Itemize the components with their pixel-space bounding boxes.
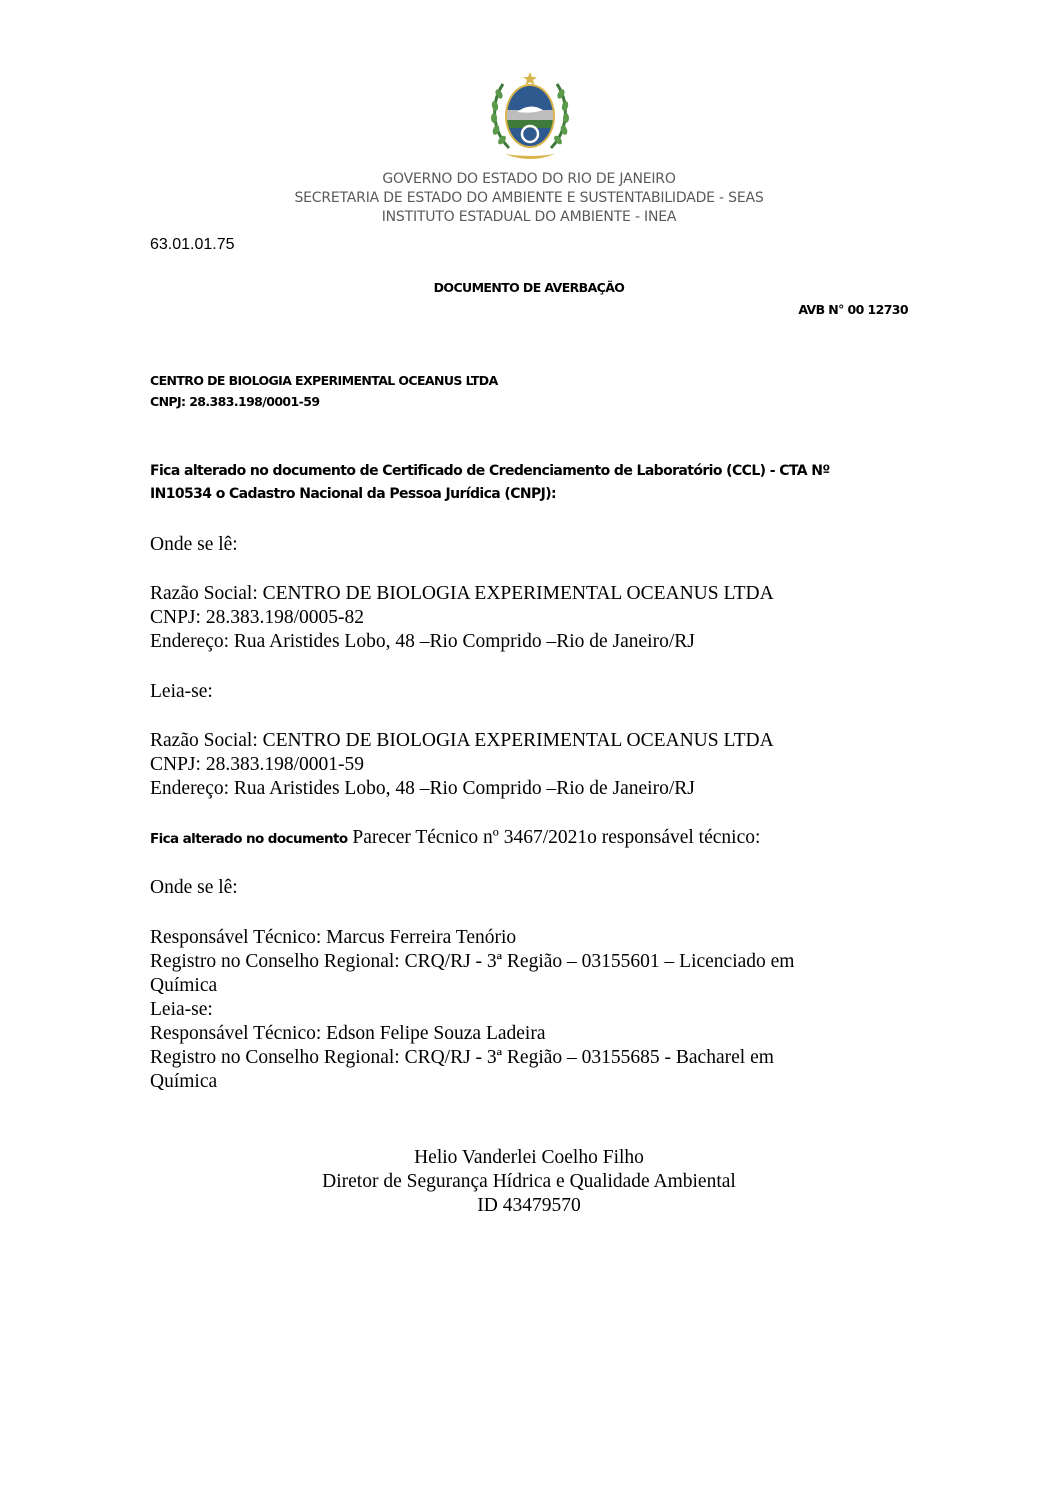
notice-technical-text: Parecer Técnico nº 3467/2021o responsáve… bbox=[348, 827, 761, 848]
new-registration-cont: Química bbox=[150, 1070, 794, 1094]
read-as-label-1: Leia-se: bbox=[150, 680, 213, 704]
new-cnpj: CNPJ: 28.383.198/0001-59 bbox=[150, 753, 774, 777]
document-title: DOCUMENTO DE AVERBAÇÃO bbox=[0, 280, 1058, 295]
old-cnpj: CNPJ: 28.383.198/0005-82 bbox=[150, 606, 774, 630]
old-company-data: Razão Social: CENTRO DE BIOLOGIA EXPERIM… bbox=[150, 582, 774, 654]
new-responsible: Responsável Técnico: Edson Felipe Souza … bbox=[150, 1022, 794, 1046]
signatory-id: ID 43479570 bbox=[0, 1194, 1058, 1218]
notice-ccl-line-1: Fica alterado no documento de Certificad… bbox=[150, 460, 830, 483]
coat-of-arms-icon bbox=[487, 72, 573, 164]
signature-block: Helio Vanderlei Coelho Filho Diretor de … bbox=[0, 1146, 1058, 1218]
notice-ccl-line-2: IN10534 o Cadastro Nacional da Pessoa Ju… bbox=[150, 483, 830, 506]
document-code: 63.01.01.75 bbox=[150, 236, 235, 254]
new-razao-social: Razão Social: CENTRO DE BIOLOGIA EXPERIM… bbox=[150, 729, 774, 753]
new-company-data: Razão Social: CENTRO DE BIOLOGIA EXPERIM… bbox=[150, 729, 774, 801]
company-block: CENTRO DE BIOLOGIA EXPERIMENTAL OCEANUS … bbox=[150, 370, 498, 412]
header-line-government: GOVERNO DO ESTADO DO RIO DE JANEIRO bbox=[0, 170, 1058, 189]
notice-ccl-change: Fica alterado no documento de Certificad… bbox=[150, 460, 830, 506]
old-registration-cont: Química bbox=[150, 974, 794, 998]
signatory-role: Diretor de Segurança Hídrica e Qualidade… bbox=[0, 1170, 1058, 1194]
read-as-label-2: Leia-se: bbox=[150, 998, 794, 1022]
signatory-name: Helio Vanderlei Coelho Filho bbox=[0, 1146, 1058, 1170]
header-line-secretariat: SECRETARIA DE ESTADO DO AMBIENTE E SUSTE… bbox=[0, 189, 1058, 208]
old-razao-social: Razão Social: CENTRO DE BIOLOGIA EXPERIM… bbox=[150, 582, 774, 606]
old-registration: Registro no Conselho Regional: CRQ/RJ - … bbox=[150, 950, 794, 974]
new-registration: Registro no Conselho Regional: CRQ/RJ - … bbox=[150, 1046, 794, 1070]
document-page: GOVERNO DO ESTADO DO RIO DE JANEIRO SECR… bbox=[0, 0, 1058, 1497]
company-name: CENTRO DE BIOLOGIA EXPERIMENTAL OCEANUS … bbox=[150, 370, 498, 391]
government-header: GOVERNO DO ESTADO DO RIO DE JANEIRO SECR… bbox=[0, 170, 1058, 227]
notice-technical-change: Fica alterado no documento Parecer Técni… bbox=[150, 826, 760, 851]
company-cnpj: CNPJ: 28.383.198/0001-59 bbox=[150, 391, 498, 412]
where-reads-label-2: Onde se lê: bbox=[150, 876, 238, 900]
old-responsible: Responsável Técnico: Marcus Ferreira Ten… bbox=[150, 926, 794, 950]
averbacao-number: AVB N° 00 12730 bbox=[798, 302, 908, 317]
old-address: Endereço: Rua Aristides Lobo, 48 –Rio Co… bbox=[150, 630, 774, 654]
where-reads-label-1: Onde se lê: bbox=[150, 533, 238, 557]
new-address: Endereço: Rua Aristides Lobo, 48 –Rio Co… bbox=[150, 777, 774, 801]
notice-technical-label: Fica alterado no documento bbox=[150, 831, 348, 847]
technical-responsible-block: Responsável Técnico: Marcus Ferreira Ten… bbox=[150, 926, 794, 1094]
header-line-institute: INSTITUTO ESTADUAL DO AMBIENTE - INEA bbox=[0, 208, 1058, 227]
